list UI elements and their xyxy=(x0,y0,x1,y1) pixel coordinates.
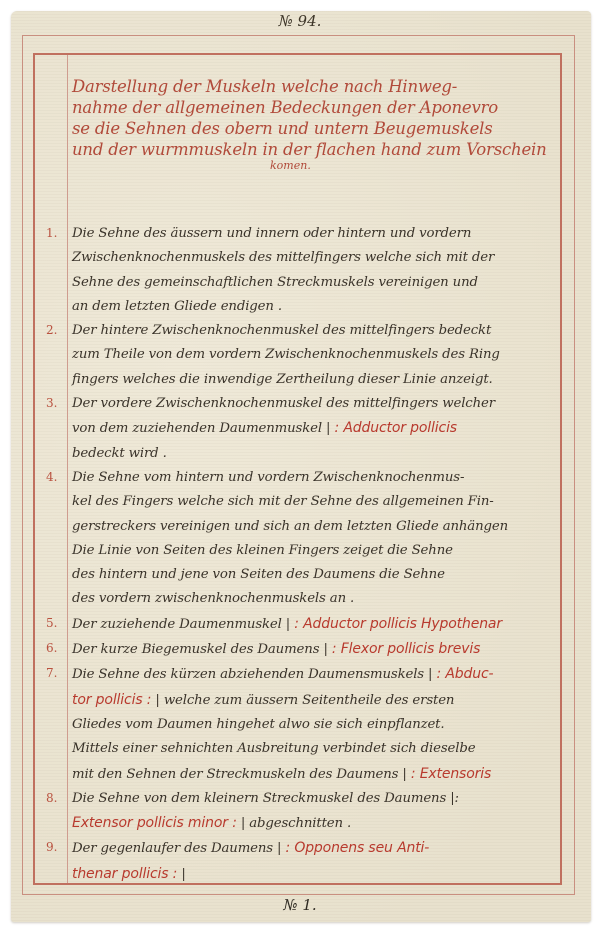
entry-number: 8. xyxy=(46,791,68,805)
entry-line: mit den Sehnen der Streckmuskeln des Dau… xyxy=(72,762,566,787)
entry-line: gerstreckers vereinigen und sich an dem … xyxy=(72,515,566,539)
entry-line: an dem letzten Gliede endigen . xyxy=(72,295,566,319)
entry-line: Die Sehne von dem kleinern Streckmuskel … xyxy=(72,787,566,811)
title-line-3: se die Sehnen des obern und untern Beuge… xyxy=(72,118,572,139)
entry-line: Gliedes vom Daumen hingehet alwo sie sic… xyxy=(72,713,566,737)
entry-line: zum Theile von dem vordern Zwischenknoch… xyxy=(72,343,566,367)
entry-line: von dem zuziehenden Daumenmuskel | : Add… xyxy=(72,416,566,441)
entry-line: des hintern und jene von Seiten des Daum… xyxy=(72,563,566,587)
entry-line: tor pollicis : | welche zum äussern Seit… xyxy=(72,688,566,713)
title-line-2: nahme der allgemeinen Bedeckungen der Ap… xyxy=(72,97,572,118)
entry-line: Zwischenknochenmuskels des mittelfingers… xyxy=(72,246,566,270)
title-tail: komen. xyxy=(72,160,572,172)
entry-text: | welche zum äussern Seitentheile des er… xyxy=(155,693,454,708)
entry-line: thenar pollicis : | xyxy=(72,862,566,887)
latin-term: : Flexor pollicis brevis xyxy=(332,641,480,657)
entry-text: von dem zuziehenden Daumenmuskel | xyxy=(72,421,330,436)
entry-text: | abgeschnitten . xyxy=(241,816,351,831)
entry-list: 1. Die Sehne des äussern und innern oder… xyxy=(36,222,566,887)
entry-1: 1. Die Sehne des äussern und innern oder… xyxy=(36,222,566,319)
entry-6: 6. Der kurze Biegemuskel des Daumens | :… xyxy=(36,637,566,662)
entry-number: 2. xyxy=(46,323,68,337)
entry-number: 5. xyxy=(46,616,68,630)
latin-term: : Adductor pollicis Hypothenar xyxy=(294,616,502,632)
entry-7: 7. Die Sehne des kürzen abziehenden Daum… xyxy=(36,662,566,786)
latin-term: : Abduc- xyxy=(436,666,493,682)
entry-2: 2. Der hintere Zwischenknochenmuskel des… xyxy=(36,319,566,392)
entry-text: Die Sehne des kürzen abziehenden Daumens… xyxy=(72,667,432,682)
entry-line: Die Sehne des äussern und innern oder hi… xyxy=(72,222,566,246)
entry-text: mit den Sehnen der Streckmuskeln des Dau… xyxy=(72,767,407,782)
entry-number: 3. xyxy=(46,396,68,410)
entry-line: Die Linie von Seiten des kleinen Fingers… xyxy=(72,539,566,563)
entry-line: Der kurze Biegemuskel des Daumens | : Fl… xyxy=(72,637,566,662)
entry-line: des vordern zwischenknochenmuskels an . xyxy=(72,587,566,611)
entry-3: 3. Der vordere Zwischenknochenmuskel des… xyxy=(36,392,566,466)
page-number-bottom: № 1. xyxy=(0,896,600,914)
entry-line: Die Sehne des kürzen abziehenden Daumens… xyxy=(72,662,566,687)
entry-4: 4. Die Sehne vom hintern und vordern Zwi… xyxy=(36,466,566,612)
entry-text: | xyxy=(181,867,185,882)
latin-term: Extensor pollicis minor : xyxy=(72,815,237,831)
entry-5: 5. Der zuziehende Daumenmuskel | : Adduc… xyxy=(36,612,566,637)
entry-9: 9. Der gegenlaufer des Daumens | : Oppon… xyxy=(36,836,566,887)
entry-line: kel des Fingers welche sich mit der Sehn… xyxy=(72,490,566,514)
entry-line: fingers welches die inwendige Zertheilun… xyxy=(72,368,566,392)
entry-number: 7. xyxy=(46,666,68,680)
latin-term: tor pollicis : xyxy=(72,692,151,708)
entry-number: 4. xyxy=(46,470,68,484)
title-line-1: Darstellung der Muskeln welche nach Hinw… xyxy=(72,76,572,97)
entry-line: Mittels einer sehnichten Ausbreitung ver… xyxy=(72,737,566,761)
entry-number: 9. xyxy=(46,840,68,854)
entry-text: Der kurze Biegemuskel des Daumens | xyxy=(72,642,328,657)
entry-8: 8. Die Sehne von dem kleinern Streckmusk… xyxy=(36,787,566,837)
entry-line: Extensor pollicis minor : | abgeschnitte… xyxy=(72,811,566,836)
page-number-top: № 94. xyxy=(0,12,600,30)
entry-text: Der gegenlaufer des Daumens | xyxy=(72,841,281,856)
latin-term: : Extensoris xyxy=(411,766,491,782)
page-title: Darstellung der Muskeln welche nach Hinw… xyxy=(72,76,572,172)
entry-line: Der hintere Zwischenknochenmuskel des mi… xyxy=(72,319,566,343)
entry-line: Der vordere Zwischenknochenmuskel des mi… xyxy=(72,392,566,416)
entry-line: Der gegenlaufer des Daumens | : Opponens… xyxy=(72,836,566,861)
latin-term: thenar pollicis : xyxy=(72,866,177,882)
latin-term: : Adductor pollicis xyxy=(334,420,457,436)
entry-line: Der zuziehende Daumenmuskel | : Adductor… xyxy=(72,612,566,637)
entry-line: bedeckt wird . xyxy=(72,442,566,466)
entry-number: 1. xyxy=(46,226,68,240)
title-line-4: und der wurmmuskeln in der flachen hand … xyxy=(72,139,572,160)
entry-line: Sehne des gemeinschaftlichen Streckmuske… xyxy=(72,271,566,295)
entry-line: Die Sehne vom hintern und vordern Zwisch… xyxy=(72,466,566,490)
entry-text: Der zuziehende Daumenmuskel | xyxy=(72,617,290,632)
latin-term: : Opponens seu Anti- xyxy=(285,840,429,856)
entry-number: 6. xyxy=(46,641,68,655)
